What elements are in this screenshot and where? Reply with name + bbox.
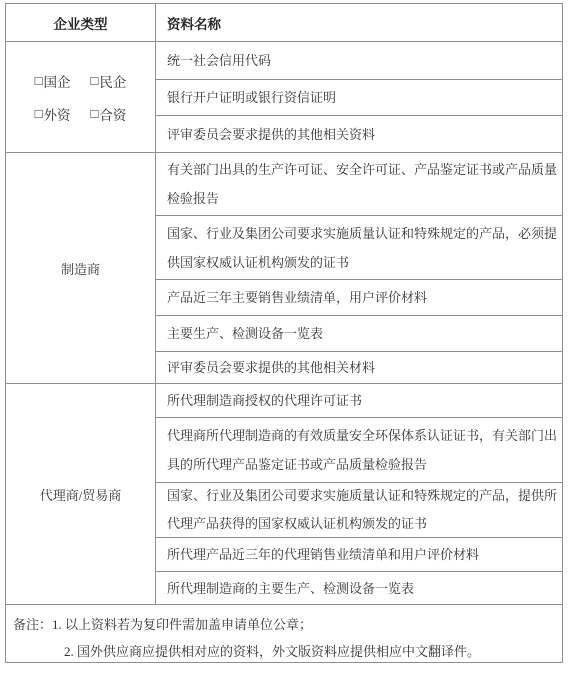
checkbox-joint-venture[interactable]: □ 合资 — [91, 104, 127, 124]
materials-column: 有关部门出具的生产许可证、安全许可证、产品鉴定证书或产品质量检验报告 国家、行业… — [156, 153, 562, 383]
type-cell-agent-trader: 代理商/贸易商 — [6, 384, 156, 604]
checkbox-label: 民企 — [99, 71, 126, 91]
enterprise-type-cell: □ 国企 □ 民企 □ 外资 □ 合资 — [6, 42, 156, 152]
notes-item-2: 2. 国外供应商应提供相对应的资料，外文版资料应提供相应中文翻译件。 — [13, 638, 554, 665]
material-row: 所代理制造商授权的代理许可证书 — [156, 384, 562, 417]
group-enterprise-types: □ 国企 □ 民企 □ 外资 □ 合资 统一社会信用代码 银行开户证明或银行 — [6, 41, 562, 152]
material-text: 所代理制造商的主要生产、检测设备一览表 — [167, 574, 414, 603]
material-row: 国家、行业及集团公司要求实施质量认证和特殊规定的产品，必须提供国家权威认证机构颁… — [156, 215, 562, 279]
type-cell-manufacturer: 制造商 — [6, 153, 156, 383]
checkbox-label: 国企 — [44, 71, 71, 91]
material-text: 评审委员会要求提供的其他相关材料 — [167, 353, 375, 382]
material-text: 评审委员会要求提供的其他相关资料 — [167, 120, 375, 149]
material-row: 主要生产、检测设备一览表 — [156, 315, 562, 351]
material-text: 国家、行业及集团公司要求实施质量认证和特殊规定的产品，提供所代理产品获得的国家权… — [167, 482, 558, 538]
supplier-materials-table: 企业类型 资料名称 □ 国企 □ 民企 □ 外资 □ 合资 — [5, 3, 563, 663]
material-row: 代理商所代理制造商的有效质量安全环保体系认证证书，有关部门出具的所代理产品鉴定证… — [156, 417, 562, 482]
material-text: 统一社会信用代码 — [167, 46, 271, 75]
material-row: 有关部门出具的生产许可证、安全许可证、产品鉴定证书或产品质量检验报告 — [156, 153, 562, 215]
material-text: 银行开户证明或银行资信证明 — [167, 83, 336, 112]
checkbox-state-owned[interactable]: □ 国企 — [35, 71, 71, 91]
material-row: 评审委员会要求提供的其他相关材料 — [156, 351, 562, 383]
material-row: 所代理制造商的主要生产、检测设备一览表 — [156, 571, 562, 604]
table-header-row: 企业类型 资料名称 — [6, 4, 562, 41]
notes-label: 备注： — [13, 617, 52, 632]
material-text: 有关部门出具的生产许可证、安全许可证、产品鉴定证书或产品质量检验报告 — [167, 155, 558, 213]
materials-column: 所代理制造商授权的代理许可证书 代理商所代理制造商的有效质量安全环保体系认证证书… — [156, 384, 562, 604]
notes-line-1: 备注：1. 以上资料若为复印件需加盖申请单位公章； — [13, 611, 554, 638]
checkbox-private[interactable]: □ 民企 — [91, 71, 127, 91]
group-agent-trader: 代理商/贸易商 所代理制造商授权的代理许可证书 代理商所代理制造商的有效质量安全… — [6, 383, 562, 604]
material-text: 所代理制造商授权的代理许可证书 — [167, 386, 362, 415]
col-header-enterprise-type: 企业类型 — [6, 4, 156, 41]
type-label: 制造商 — [61, 259, 100, 278]
material-text: 所代理产品近三年的代理销售业绩清单和用户评价材料 — [167, 540, 479, 569]
type-label: 代理商/贸易商 — [40, 485, 122, 504]
material-text: 代理商所代理制造商的有效质量安全环保体系认证证书，有关部门出具的所代理产品鉴定证… — [167, 421, 558, 479]
notes-item-1: 1. 以上资料若为复印件需加盖申请单位公章； — [52, 617, 312, 632]
materials-column: 统一社会信用代码 银行开户证明或银行资信证明 评审委员会要求提供的其他相关资料 — [156, 42, 562, 152]
material-row: 国家、行业及集团公司要求实施质量认证和特殊规定的产品，提供所代理产品获得的国家权… — [156, 482, 562, 537]
group-manufacturer: 制造商 有关部门出具的生产许可证、安全许可证、产品鉴定证书或产品质量检验报告 国… — [6, 152, 562, 383]
material-text: 国家、行业及集团公司要求实施质量认证和特殊规定的产品，必须提供国家权威认证机构颁… — [167, 219, 558, 277]
checkbox-foreign[interactable]: □ 外资 — [35, 104, 71, 124]
material-row: 产品近三年主要销售业绩清单，用户评价材料 — [156, 279, 562, 315]
checkbox-icon: □ — [35, 106, 43, 122]
notes-row: 备注：1. 以上资料若为复印件需加盖申请单位公章； 2. 国外供应商应提供相对应… — [6, 604, 562, 662]
material-row: 银行开户证明或银行资信证明 — [156, 79, 562, 115]
col-header-material-name: 资料名称 — [156, 4, 562, 41]
checkbox-icon: □ — [91, 106, 99, 122]
material-text: 产品近三年主要销售业绩清单，用户评价材料 — [167, 283, 427, 312]
material-text: 主要生产、检测设备一览表 — [167, 319, 323, 348]
checkbox-label: 合资 — [99, 104, 126, 124]
checkbox-label: 外资 — [44, 104, 71, 124]
material-row: 统一社会信用代码 — [156, 42, 562, 79]
checkbox-icon: □ — [91, 73, 99, 89]
checkbox-icon: □ — [35, 73, 43, 89]
enterprise-type-checkbox-grid: □ 国企 □ 民企 □ 外资 □ 合资 — [35, 71, 127, 124]
material-row: 评审委员会要求提供的其他相关资料 — [156, 115, 562, 152]
material-row: 所代理产品近三年的代理销售业绩清单和用户评价材料 — [156, 537, 562, 571]
